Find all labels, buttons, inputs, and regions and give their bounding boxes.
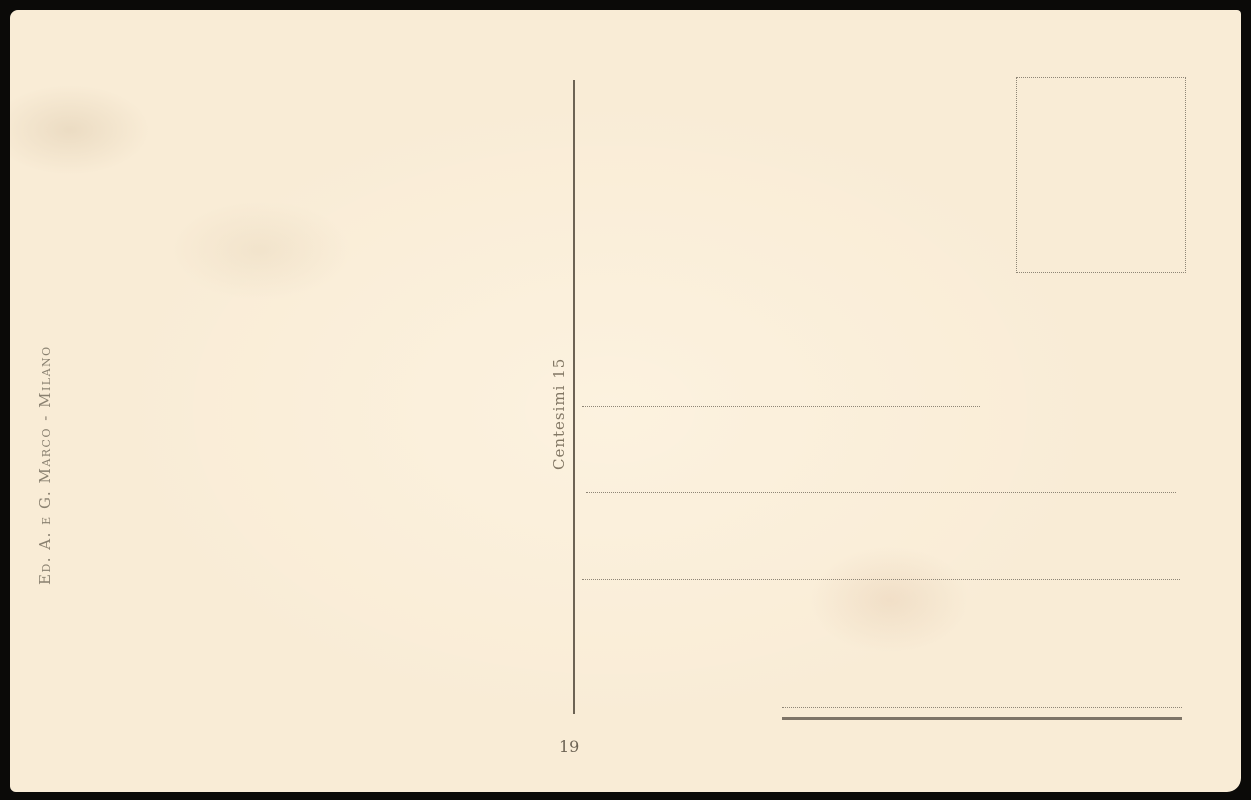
- address-line-1: [582, 406, 980, 407]
- publisher-imprint: Ed. A. e G. Marco - Milano: [36, 255, 54, 585]
- stamp-box: [1016, 77, 1186, 273]
- center-divider-line: [573, 80, 575, 714]
- underline-rule: [782, 717, 1182, 720]
- card-number: 19: [559, 737, 579, 756]
- price-text: Centesimi 15: [550, 358, 568, 470]
- address-line-4: [782, 707, 1182, 708]
- address-line-3: [582, 579, 1180, 580]
- address-line-2: [586, 492, 1176, 493]
- postcard-back: Ed. A. e G. Marco - Milano Centesimi 15 …: [10, 10, 1241, 792]
